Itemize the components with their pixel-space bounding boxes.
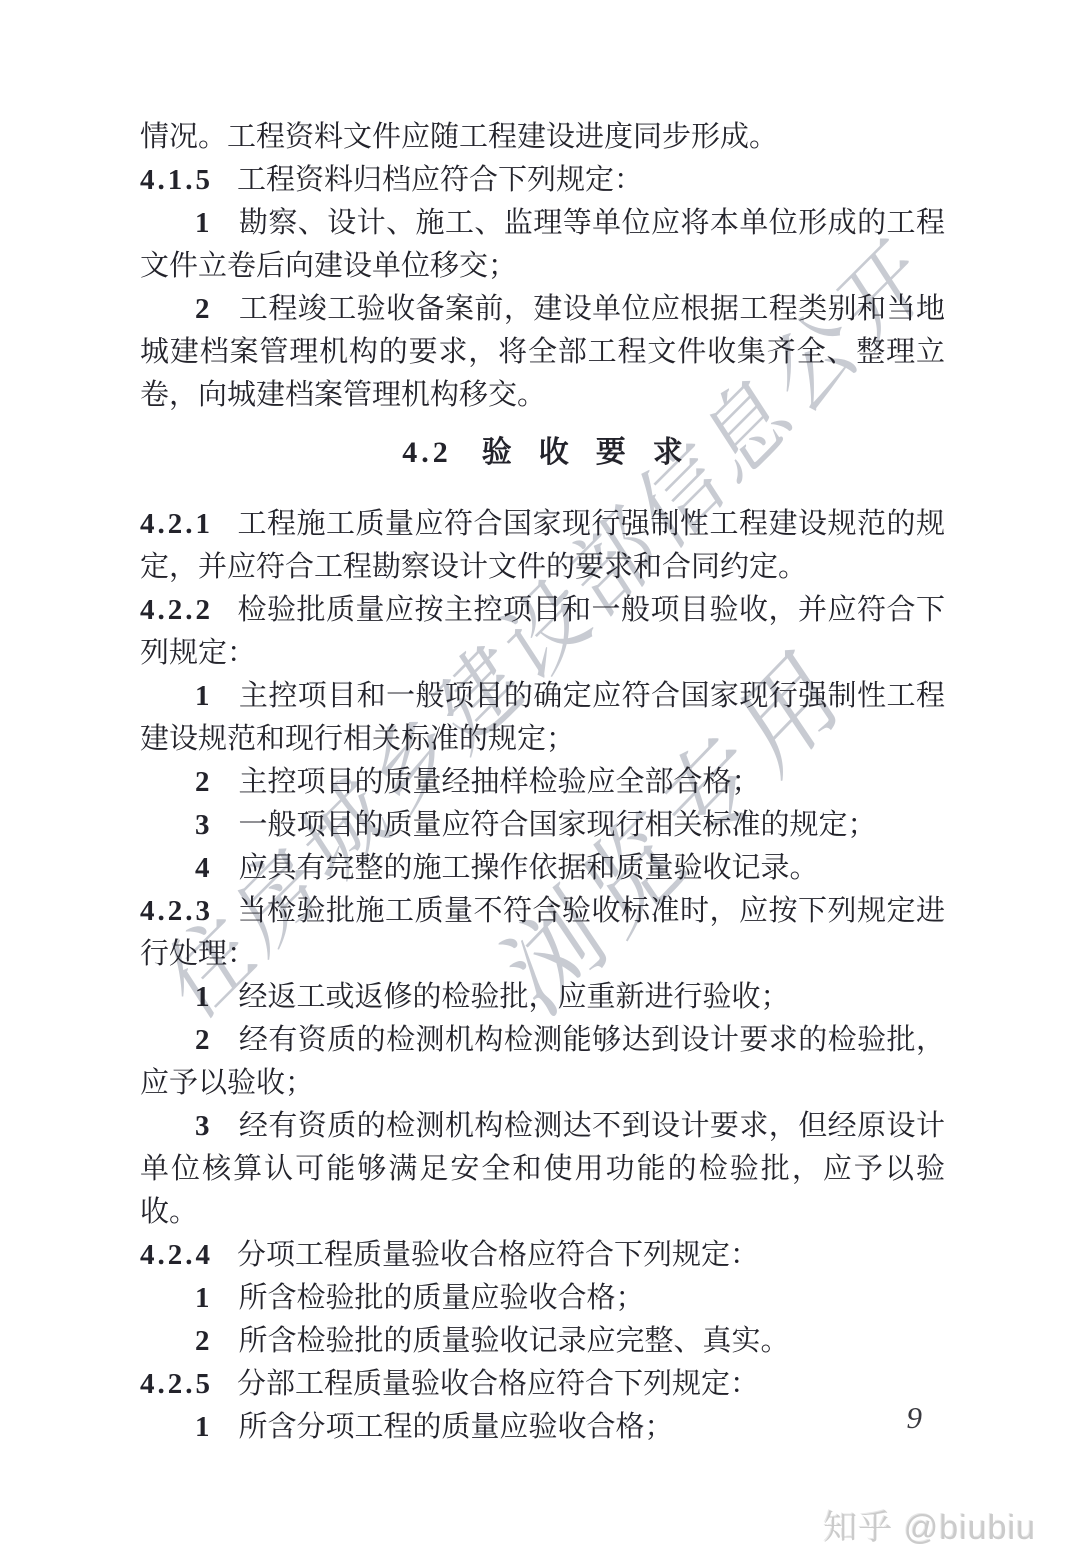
clause-paragraph: 4.2.1工程施工质量应符合国家现行强制性工程建设规范的规定，并应符合工程勘察设…	[140, 503, 945, 589]
clause-paragraph: 4.2.5分部工程质量验收合格应符合下列规定：	[140, 1363, 945, 1406]
heading-title: 验收要求	[482, 431, 710, 474]
paragraph-text: 分项工程质量验收合格应符合下列规定：	[237, 1239, 759, 1271]
clause-number: 2	[195, 1325, 210, 1357]
section-heading: 4.2验收要求	[140, 431, 945, 474]
zhihu-watermark: 知乎 @biubiu	[823, 1500, 1036, 1549]
clause-number: 1	[195, 680, 210, 712]
paragraph-text: 分部工程质量验收合格应符合下列规定：	[237, 1368, 759, 1400]
paragraph-text: 应具有完整的施工操作依据和质量验收记录。	[239, 852, 819, 884]
paragraph-text: 检验批质量应按主控项目和一般项目验收，并应符合下列规定：	[140, 594, 945, 669]
paragraph-text: 一般项目的质量应符合国家现行相关标准的规定；	[239, 809, 877, 841]
list-item-paragraph: 2主控项目的质量经抽样检验应全部合格；	[140, 761, 945, 804]
paragraph-text: 工程竣工验收备案前，建设单位应根据工程类别和当地城建档案管理机构的要求，将全部工…	[140, 293, 945, 411]
list-item-paragraph: 1所含检验批的质量应验收合格；	[140, 1277, 945, 1320]
clause-number: 4	[195, 852, 210, 884]
list-item-paragraph: 1勘察、设计、施工、监理等单位应将本单位形成的工程文件立卷后向建设单位移交；	[140, 202, 945, 288]
list-item-paragraph: 1经返工或返修的检验批，应重新进行验收；	[140, 976, 945, 1019]
list-item-paragraph: 4应具有完整的施工操作依据和质量验收记录。	[140, 847, 945, 890]
list-item-paragraph: 2所含检验批的质量验收记录应完整、真实。	[140, 1320, 945, 1363]
clause-number: 3	[195, 1110, 210, 1142]
clause-number: 4.1.5	[140, 164, 213, 196]
paragraph-text: 经有资质的检测机构检测能够达到设计要求的检验批，应予以验收；	[140, 1024, 945, 1099]
heading-number: 4.2	[402, 436, 452, 469]
clause-paragraph: 4.2.3当检验批施工质量不符合验收标准时，应按下列规定进行处理：	[140, 890, 945, 976]
clause-number: 1	[195, 981, 210, 1013]
paragraph-text: 所含检验批的质量应验收合格；	[239, 1282, 645, 1314]
list-item-paragraph: 3一般项目的质量应符合国家现行相关标准的规定；	[140, 804, 945, 847]
clause-number: 3	[195, 809, 210, 841]
clause-number: 2	[195, 1024, 210, 1056]
paragraph-text: 主控项目的质量经抽样检验应全部合格；	[239, 766, 761, 798]
clause-number: 1	[195, 1282, 210, 1314]
page-number: 9	[907, 1400, 923, 1436]
document-body: 情况。工程资料文件应随工程建设进度同步形成。4.1.5工程资料归档应符合下列规定…	[140, 116, 945, 1449]
paragraph-text: 情况。工程资料文件应随工程建设进度同步形成。	[140, 121, 778, 153]
paragraph-text: 经返工或返修的检验批，应重新进行验收；	[239, 981, 790, 1013]
paragraph-text: 主控项目和一般项目的确定应符合国家现行强制性工程建设规范和现行相关标准的规定；	[140, 680, 945, 755]
paragraph-text: 当检验批施工质量不符合验收标准时，应按下列规定进行处理：	[140, 895, 945, 970]
clause-number: 4.2.5	[140, 1368, 213, 1400]
clause-number: 2	[195, 293, 210, 325]
paragraph-text: 所含检验批的质量验收记录应完整、真实。	[239, 1325, 790, 1357]
clause-paragraph: 4.1.5工程资料归档应符合下列规定：	[140, 159, 945, 202]
paragraph-text: 所含分项工程的质量应验收合格；	[239, 1411, 674, 1443]
body-paragraph: 情况。工程资料文件应随工程建设进度同步形成。	[140, 116, 945, 159]
list-item-paragraph: 1所含分项工程的质量应验收合格；	[140, 1406, 945, 1449]
document-page: 住房城乡建设部信息公开 浏览专用 情况。工程资料文件应随工程建设进度同步形成。4…	[0, 0, 1080, 1563]
paragraph-text: 工程资料归档应符合下列规定：	[237, 164, 643, 196]
clause-paragraph: 4.2.4分项工程质量验收合格应符合下列规定：	[140, 1234, 945, 1277]
clause-number: 4.2.3	[140, 895, 213, 927]
paragraph-text: 经有资质的检测机构检测达不到设计要求，但经原设计单位核算认可能够满足安全和使用功…	[140, 1110, 945, 1228]
paragraph-text: 工程施工质量应符合国家现行强制性工程建设规范的规定，并应符合工程勘察设计文件的要…	[140, 508, 945, 583]
list-item-paragraph: 2工程竣工验收备案前，建设单位应根据工程类别和当地城建档案管理机构的要求，将全部…	[140, 288, 945, 417]
clause-number: 1	[195, 1411, 210, 1443]
paragraph-text: 勘察、设计、施工、监理等单位应将本单位形成的工程文件立卷后向建设单位移交；	[140, 207, 945, 282]
clause-number: 4.2.1	[140, 508, 213, 540]
list-item-paragraph: 3经有资质的检测机构检测达不到设计要求，但经原设计单位核算认可能够满足安全和使用…	[140, 1105, 945, 1234]
clause-number: 1	[195, 207, 210, 239]
clause-number: 4.2.2	[140, 594, 213, 626]
list-item-paragraph: 1主控项目和一般项目的确定应符合国家现行强制性工程建设规范和现行相关标准的规定；	[140, 675, 945, 761]
clause-number: 4.2.4	[140, 1239, 213, 1271]
clause-paragraph: 4.2.2检验批质量应按主控项目和一般项目验收，并应符合下列规定：	[140, 589, 945, 675]
clause-number: 2	[195, 766, 210, 798]
list-item-paragraph: 2经有资质的检测机构检测能够达到设计要求的检验批，应予以验收；	[140, 1019, 945, 1105]
